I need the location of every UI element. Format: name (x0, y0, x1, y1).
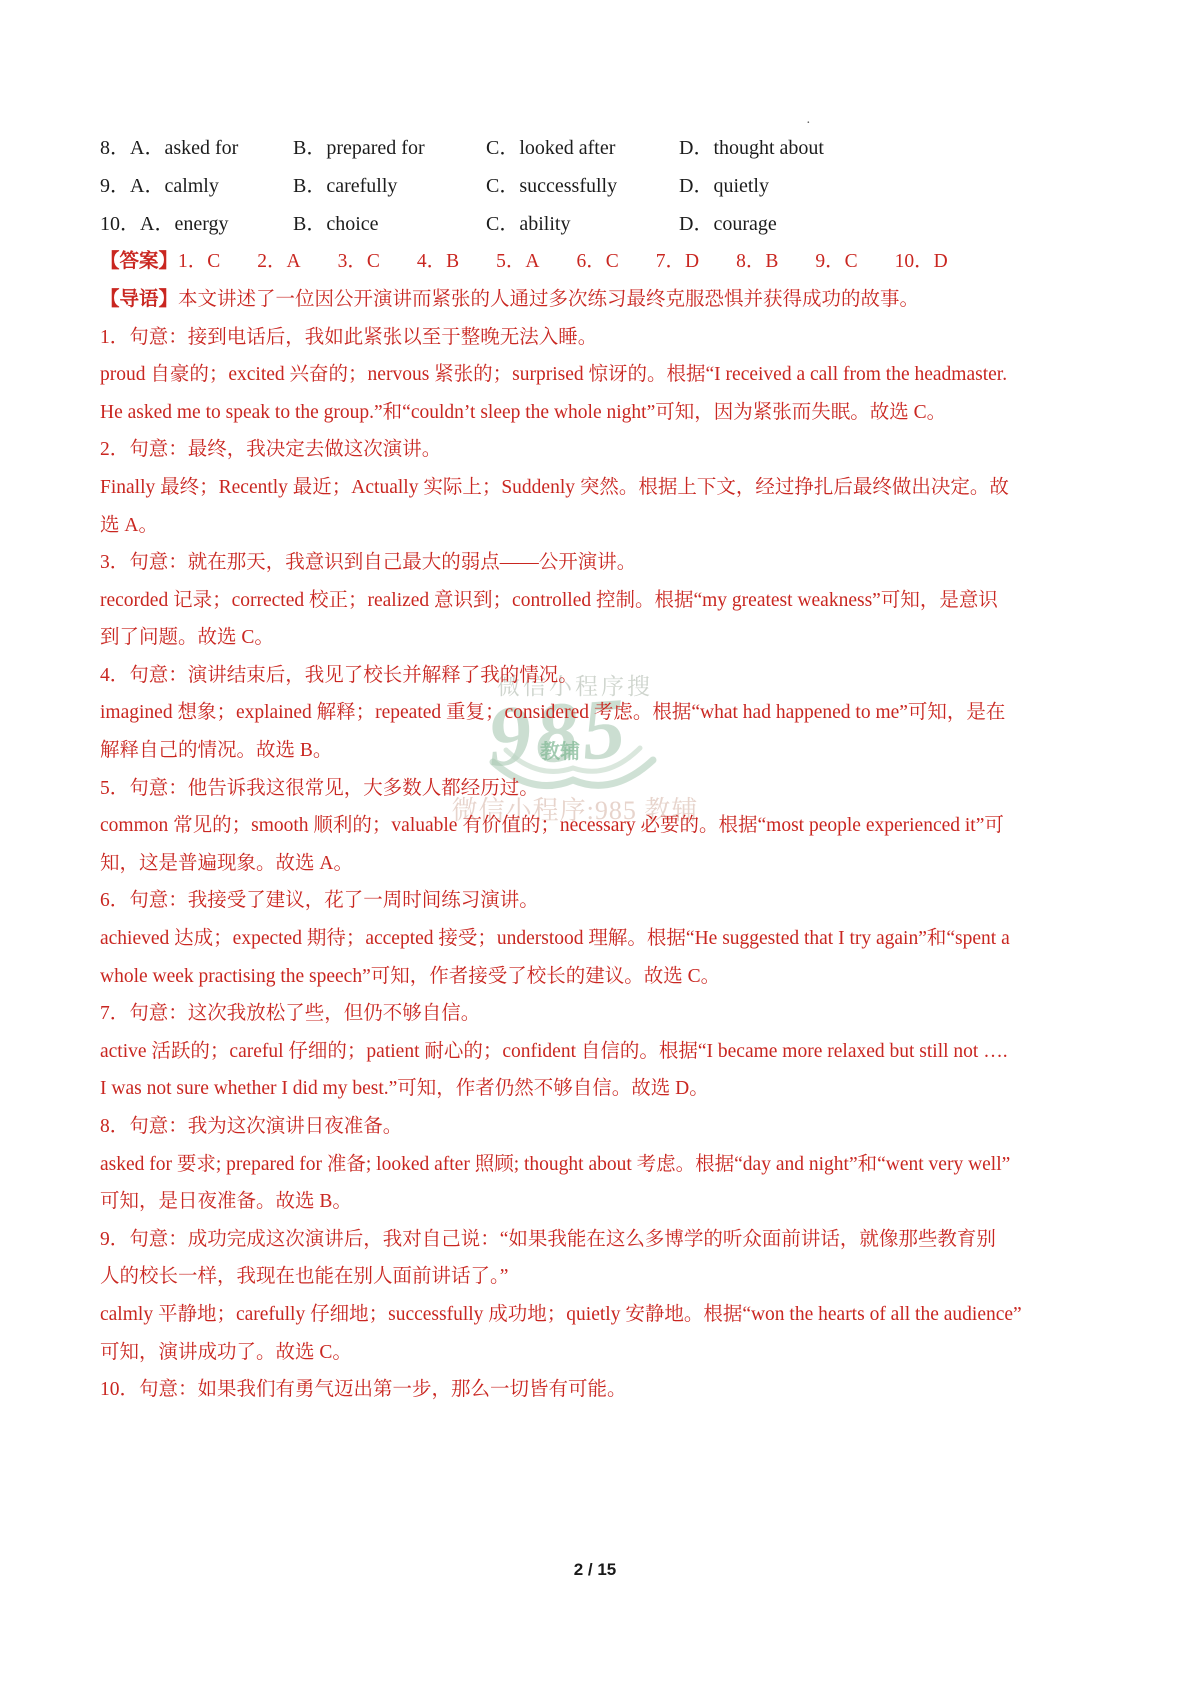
explanation-line: whole week practising the speech”可知，作者接受… (100, 955, 1092, 993)
answer-item: 2．A (257, 245, 300, 273)
option-cell: 10．A．energy (100, 207, 293, 236)
option-cell: 9．A．calmly (100, 169, 293, 198)
explanation-line: 可知，演讲成功了。故选 C。 (100, 1331, 1092, 1369)
page-footer: 2 / 15 (0, 1560, 1190, 1580)
answer-item: 8．B (736, 245, 778, 273)
explanation-line: 选 A。 (100, 504, 1092, 542)
explanation-line: 6．句意：我接受了建议，花了一周时间练习演讲。 (100, 880, 1092, 918)
explanation-line: Finally 最终；Recently 最近；Actually 实际上；Sudd… (100, 466, 1092, 504)
answer-item: 10．D (895, 245, 948, 273)
option-cell: B．prepared for (293, 131, 486, 160)
explanation-line: He asked me to speak to the group.”和“cou… (100, 391, 1092, 429)
explanation-line: 解释自己的情况。故选 B。 (100, 729, 1092, 767)
explanation-line: I was not sure whether I did my best.”可知… (100, 1068, 1092, 1106)
option-cell: D．courage (679, 207, 1092, 236)
explanation-line: active 活跃的；careful 仔细的；patient 耐心的；confi… (100, 1030, 1092, 1068)
explanation-line: calmly 平静地；carefully 仔细地；successfully 成功… (100, 1293, 1092, 1331)
option-row: 9．A．calmlyB．carefullyC．successfullyD．qui… (100, 164, 1092, 202)
option-cell: B．choice (293, 207, 486, 236)
option-cell: B．carefully (293, 169, 486, 198)
option-cell: D．quietly (679, 169, 1092, 198)
option-cell: D．thought about (679, 131, 1092, 160)
option-cell: 8．A．asked for (100, 131, 293, 160)
intro-label: 【导语】 (100, 283, 178, 311)
option-cell: C．successfully (486, 169, 679, 198)
explanation-line: 人的校长一样，我现在也能在别人面前讲话了。” (100, 1256, 1092, 1294)
option-row: 10．A．energyB．choiceC．abilityD．courage (100, 202, 1092, 240)
answer-item: 6．C (577, 245, 619, 273)
explanation-line: 5．句意：他告诉我这很常见，大多数人都经历过。 (100, 767, 1092, 805)
options-table: 8．A．asked forB．prepared forC．looked afte… (100, 126, 1092, 241)
option-cell: C．ability (486, 207, 679, 236)
explanation-line: achieved 达成；expected 期待；accepted 接受；unde… (100, 917, 1092, 955)
explanation-line: common 常见的；smooth 顺利的；valuable 有价值的；nece… (100, 804, 1092, 842)
answer-item: 7．D (656, 245, 699, 273)
explanation-line: asked for 要求; prepared for 准备; looked af… (100, 1143, 1092, 1181)
explanation-line: 4．句意：演讲结束后，我见了校长并解释了我的情况。 (100, 654, 1092, 692)
explanation-line: 10．句意：如果我们有勇气迈出第一步，那么一切皆有可能。 (100, 1368, 1092, 1406)
explanation-line: 9．句意：成功完成这次演讲后，我对自己说：“如果我能在这么多博学的听众面前讲话，… (100, 1218, 1092, 1256)
intro-line: 【导语】 本文讲述了一位因公开演讲而紧张的人通过多次练习最终克服恐惧并获得成功的… (100, 278, 1092, 316)
explanation-line: 8．句意：我为这次演讲日夜准备。 (100, 1105, 1092, 1143)
answer-item: 9．C (815, 245, 857, 273)
explanations: 1．句意：接到电话后，我如此紧张以至于整晚无法入睡。proud 自豪的；exci… (100, 316, 1092, 1406)
option-row: 8．A．asked forB．prepared forC．looked afte… (100, 126, 1092, 164)
explanation-line: 可知，是日夜准备。故选 B。 (100, 1180, 1092, 1218)
document-page: 微信小程序搜 985 教辅 微信小程序:985 教辅 · 8．A．asked f… (0, 0, 1190, 1683)
answer-item: 3．C (338, 245, 380, 273)
intro-text: 本文讲述了一位因公开演讲而紧张的人通过多次练习最终克服恐惧并获得成功的故事。 (178, 283, 919, 311)
document-content: 8．A．asked forB．prepared forC．looked afte… (100, 126, 1092, 1406)
option-cell: C．looked after (486, 131, 679, 160)
explanation-line: proud 自豪的；excited 兴奋的；nervous 紧张的；surpri… (100, 353, 1092, 391)
page-number: 2 / 15 (574, 1560, 617, 1579)
explanation-line: 知，这是普遍现象。故选 A。 (100, 842, 1092, 880)
explanation-line: imagined 想象；explained 解释；repeated 重复；con… (100, 692, 1092, 730)
answers-line: 【答案】 1．C2．A3．C4．B5．A6．C7．D8．B9．C10．D (100, 241, 1092, 279)
answer-item: 5．A (496, 245, 539, 273)
explanation-line: 1．句意：接到电话后，我如此紧张以至于整晚无法入睡。 (100, 316, 1092, 354)
answer-item: 1．C (178, 245, 220, 273)
explanation-line: 3．句意：就在那天，我意识到自己最大的弱点——公开演讲。 (100, 541, 1092, 579)
answer-item: 4．B (417, 245, 459, 273)
explanation-line: 2．句意：最终，我决定去做这次演讲。 (100, 429, 1092, 467)
explanation-line: 7．句意：这次我放松了些，但仍不够自信。 (100, 992, 1092, 1030)
explanation-line: recorded 记录；corrected 校正；realized 意识到；co… (100, 579, 1092, 617)
answers-label: 【答案】 (100, 245, 178, 273)
explanation-line: 到了问题。故选 C。 (100, 617, 1092, 655)
